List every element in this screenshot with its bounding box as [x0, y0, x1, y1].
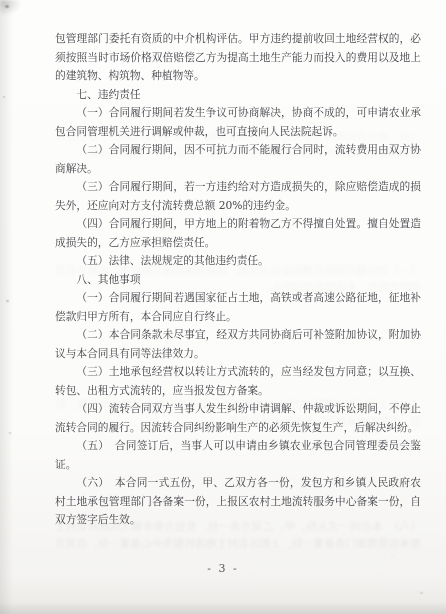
clause-paragraph: （一）合同履行期间若遇国家征占土地，高铁或者高速公路征地，征地补偿款归甲方所有，… [55, 289, 421, 326]
scan-speck [5, 5, 9, 8]
clause-paragraph: （一）合同履行期间若发生争议可协商解决，协商不成的，可申请农业承包合同管理机关进… [55, 104, 421, 141]
clause-paragraph: （二）本合同条款未尽事宜，经双方共同协商后可补签附加协议，附加协议与本合同具有同… [55, 326, 421, 363]
section-heading-other-matters: 八、其他事项 [55, 271, 421, 290]
scan-speck [3, 96, 5, 98]
clause-paragraph: （四）流转合同双方当事人发生纠纷申请调解、仲裁或诉讼期间，不停止流转合同的履行。… [55, 400, 421, 437]
page-number: - 3 - [0, 562, 446, 575]
scan-speck [9, 432, 11, 434]
scan-speck [420, 592, 423, 594]
clause-paragraph: （二）合同履行期间，因不可抗力而不能履行合同时，流转费用由双方协商解决。 [55, 141, 421, 178]
clause-paragraph: （三）土地承包经营权以转让方式流转的，应当经发包方同意；以互换、转包、出租方式流… [55, 363, 421, 400]
scan-corner-smudge [0, 0, 22, 16]
clause-paragraph: （六） 本合同一式五份，甲、乙双方各一份，发包方和乡镇人民政府农村土地承包管理部… [55, 474, 421, 530]
clause-paragraph: （四）合同履行期间，甲方地上的附着物乙方不得擅自处置。擅自处置造成损失的，乙方应… [55, 215, 421, 252]
clause-paragraph: （五） 合同签订后，当事人可以申请由乡镇农业承包合同管理委员会鉴证。 [55, 437, 421, 474]
contract-text-block: 包管理部门委托有资质的中介机构评估。甲方违约提前收回土地经营权的，必须按照当时市… [55, 30, 421, 530]
scan-edge-shadow-bottom [0, 602, 446, 614]
clause-paragraph: （五）法律、法规规定的其他违约责任。 [55, 252, 421, 271]
scan-edge-shadow-left [0, 0, 13, 614]
scanned-document-page: （四）流转合同双方当事人发生纠纷申请调解、仲裁或诉讼期间，不停止流转合同的履行。… [0, 0, 446, 614]
clause-paragraph: （三）合同履行期间，若一方违约给对方造成损失的，除应赔偿造成的损失外，还应向对方… [55, 178, 421, 215]
scan-speck [6, 300, 9, 302]
section-heading-breach-liability: 七、违约责任 [55, 86, 421, 105]
continuation-paragraph: 包管理部门委托有资质的中介机构评估。甲方违约提前收回土地经营权的，必须按照当时市… [55, 30, 421, 86]
